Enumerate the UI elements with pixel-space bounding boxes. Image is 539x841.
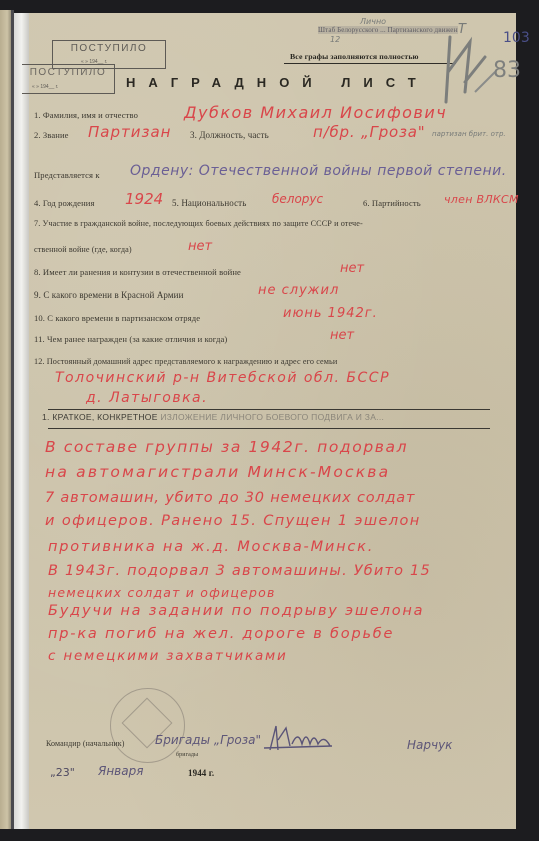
- field-1-label: 1. Фамилия, имя и отчество: [34, 110, 138, 120]
- document-title: НАГРАДНОЙ ЛИСТ: [126, 75, 429, 90]
- narrative-line: противника на ж.д. Москва-Минск.: [48, 539, 374, 555]
- field-3-value-position: п/бр. „Гроза": [313, 123, 425, 141]
- received-stamp-date: « » 194__ г.: [32, 84, 58, 90]
- received-stamp-label: ПОСТУПИЛО: [22, 67, 114, 78]
- field-7-label-continued: ственной войне (где, когда): [34, 245, 132, 254]
- narrative-line: немецких солдат и офицеров: [48, 585, 276, 600]
- field-12-label: 12. Постоянный домашний адрес представля…: [34, 357, 337, 366]
- narrative-line: В составе группы за 1942г. подорвал: [45, 438, 408, 456]
- commander-name: Нарчук: [407, 738, 452, 752]
- narrative-line: Будучи на задании по подрыву эшелона: [48, 603, 424, 619]
- narrative-line: 7 автомашин, убито до 30 немецких солдат: [45, 490, 415, 506]
- date-month: Января: [98, 764, 143, 778]
- field-5-label: 5. Национальность: [172, 198, 246, 208]
- narrative-line: В 1943г. подорвал 3 автомашины. Убито 15: [48, 563, 431, 579]
- field-4-label: 4. Год рождения: [34, 198, 95, 208]
- field-12-address-line-2: д. Латыговка.: [86, 390, 208, 406]
- handwritten-note-top: Лично: [360, 17, 386, 26]
- field-9-label: 9. С какого времени в Красной Армии: [34, 290, 184, 300]
- unit-handwritten: Бригады „Гроза": [155, 733, 261, 747]
- signature-scrawl: [262, 720, 372, 760]
- received-stamp-label: ПОСТУПИЛО: [53, 43, 165, 54]
- field-7-value: нет: [188, 239, 212, 254]
- binding-strip: [14, 13, 29, 829]
- header-note: Все графы заполняются полностью: [290, 52, 419, 61]
- scan-frame-right: [516, 0, 539, 841]
- date-year: 1944 г.: [188, 768, 214, 778]
- field-4-value-birth-year: 1924: [125, 190, 163, 208]
- header-underline: [284, 63, 456, 64]
- field-6-value-party: член ВЛКСМ: [444, 193, 519, 206]
- nominated-for-label: Представляется к: [34, 170, 100, 180]
- field-11-label: 11. Чем ранее награжден (за какие отличи…: [34, 334, 227, 344]
- field-12-address-line-1: Толочинский р-н Витебской обл. БССР: [55, 370, 390, 386]
- round-seal-stamp: [110, 688, 185, 763]
- field-10-value: июнь 1942г.: [283, 306, 378, 321]
- corner-number: 83: [493, 58, 521, 83]
- date-day: „23": [50, 766, 75, 779]
- field-2-label: 2. Звание: [34, 130, 69, 140]
- field-11-value: нет: [330, 328, 354, 343]
- field-5-value-nationality: белорус: [272, 192, 323, 206]
- commander-sublabel: бригады: [176, 752, 198, 758]
- archive-stamp-text: Штаб Белорусского ... Партизанского движ…: [318, 26, 458, 34]
- field-6-label: 6. Партийность: [363, 198, 421, 208]
- field-7-label: 7. Участие в гражданской войне, последую…: [34, 219, 363, 228]
- commander-label: Командир (начальник): [46, 739, 125, 748]
- narrative-line: пр-ка погиб на жел. дороге в борьбе: [48, 626, 394, 642]
- field-8-value: нет: [340, 261, 364, 276]
- section-rule-top: [48, 409, 490, 410]
- narrative-line: на автомагистрали Минск-Москва: [45, 463, 390, 481]
- narrative-line: и офицеров. Ранено 15. Спущен 1 эшелон: [45, 513, 421, 529]
- field-1-value-fullname: Дубков Михаил Иосифович: [184, 103, 447, 122]
- nominated-for-value: Ордену: Отечественной войны первой степе…: [130, 163, 507, 179]
- handwritten-note-number: 12: [330, 35, 340, 44]
- received-stamp-2: ПОСТУПИЛО « » 194__ г.: [22, 64, 115, 94]
- section-rule-bottom: [48, 428, 490, 429]
- field-3-pencil-annotation: партизан брит. отр.: [432, 128, 512, 141]
- scan-frame-top: [0, 0, 539, 13]
- field-8-label: 8. Имеет ли ранения и контузии в отечест…: [34, 267, 241, 277]
- narrative-line: с немецкими захватчиками: [48, 648, 288, 664]
- section-title: 1. КРАТКОЕ, КОНКРЕТНОЕ ИЗЛОЖЕНИЕ ЛИЧНОГО…: [42, 412, 384, 422]
- field-2-value-rank: Партизан: [88, 123, 171, 141]
- scan-frame-bottom: [0, 829, 539, 841]
- field-10-label: 10. С какого времени в партизанском отря…: [34, 313, 200, 323]
- field-3-label: 3. Должность, часть: [190, 130, 269, 140]
- field-9-value: не служил: [258, 283, 339, 298]
